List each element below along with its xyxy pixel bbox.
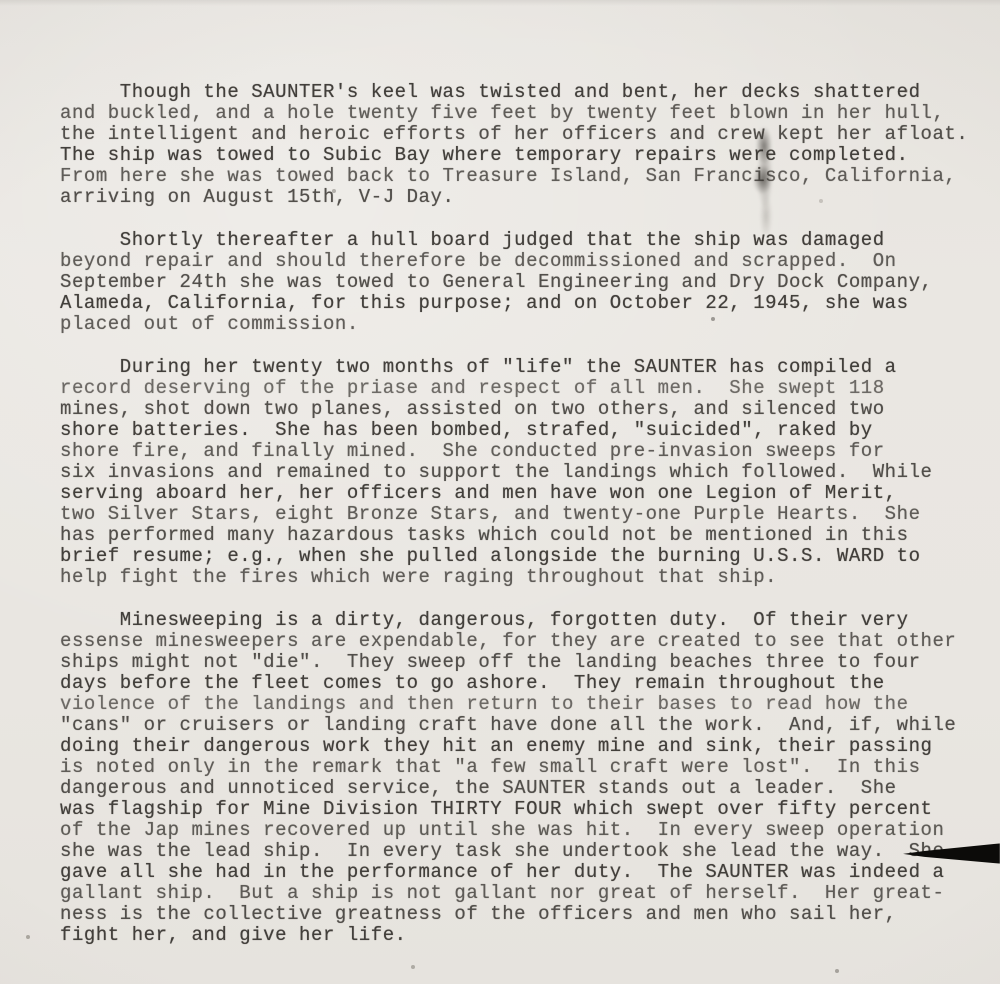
text-line: Shortly thereafter a hull board judged t… xyxy=(60,230,970,251)
text-line: ships might not "die". They sweep off th… xyxy=(60,652,970,673)
text-line: Though the SAUNTER's keel was twisted an… xyxy=(60,82,970,103)
text-line: Alameda, California, for this purpose; a… xyxy=(60,293,970,314)
paragraph: Minesweeping is a dirty, dangerous, forg… xyxy=(60,610,970,946)
paragraph: Shortly thereafter a hull board judged t… xyxy=(60,230,970,335)
text-line: shore fire, and finally mined. She condu… xyxy=(60,441,970,462)
text-line: and buckled, and a hole twenty five feet… xyxy=(60,103,970,124)
text-line: brief resume; e.g., when she pulled alon… xyxy=(60,546,970,567)
text-line: From here she was towed back to Treasure… xyxy=(60,166,970,187)
text-line: doing their dangerous work they hit an e… xyxy=(60,736,970,757)
paragraph: During her twenty two months of "life" t… xyxy=(60,357,970,588)
document-page: Though the SAUNTER's keel was twisted an… xyxy=(0,0,1000,984)
text-line: "cans" or cruisers or landing craft have… xyxy=(60,715,970,736)
text-line: shore batteries. She has been bombed, st… xyxy=(60,420,970,441)
text-line: During her twenty two months of "life" t… xyxy=(60,357,970,378)
text-line: gave all she had in the performance of h… xyxy=(60,862,970,883)
scan-specks xyxy=(0,0,2,2)
text-line: violence of the landings and then return… xyxy=(60,694,970,715)
text-line: days before the fleet comes to go ashore… xyxy=(60,673,970,694)
text-line: has performed many hazardous tasks which… xyxy=(60,525,970,546)
text-line: arriving on August 15th, V-J Day. xyxy=(60,187,970,208)
text-line: dangerous and unnoticed service, the SAU… xyxy=(60,778,970,799)
typewritten-text: Though the SAUNTER's keel was twisted an… xyxy=(60,82,970,968)
text-line: serving aboard her, her officers and men… xyxy=(60,483,970,504)
text-line: she was the lead ship. In every task she… xyxy=(60,841,970,862)
text-line: mines, shot down two planes, assisted on… xyxy=(60,399,970,420)
text-line: two Silver Stars, eight Bronze Stars, an… xyxy=(60,504,970,525)
text-line: the intelligent and heroic efforts of he… xyxy=(60,124,970,145)
text-line: Minesweeping is a dirty, dangerous, forg… xyxy=(60,610,970,631)
text-line: help fight the fires which were raging t… xyxy=(60,567,970,588)
text-line: placed out of commission. xyxy=(60,314,970,335)
text-line: is noted only in the remark that "a few … xyxy=(60,757,970,778)
paragraph: Though the SAUNTER's keel was twisted an… xyxy=(60,82,970,208)
text-line: record deserving of the priase and respe… xyxy=(60,378,970,399)
text-line: gallant ship. But a ship is not gallant … xyxy=(60,883,970,904)
text-line: beyond repair and should therefore be de… xyxy=(60,251,970,272)
text-line: fight her, and give her life. xyxy=(60,925,970,946)
text-line: six invasions and remained to support th… xyxy=(60,462,970,483)
text-line: ness is the collective greatness of the … xyxy=(60,904,970,925)
text-line: essense minesweepers are expendable, for… xyxy=(60,631,970,652)
text-line: September 24th she was towed to General … xyxy=(60,272,970,293)
text-line: The ship was towed to Subic Bay where te… xyxy=(60,145,970,166)
text-line: was flagship for Mine Division THIRTY FO… xyxy=(60,799,970,820)
text-line: of the Jap mines recovered up until she … xyxy=(60,820,970,841)
